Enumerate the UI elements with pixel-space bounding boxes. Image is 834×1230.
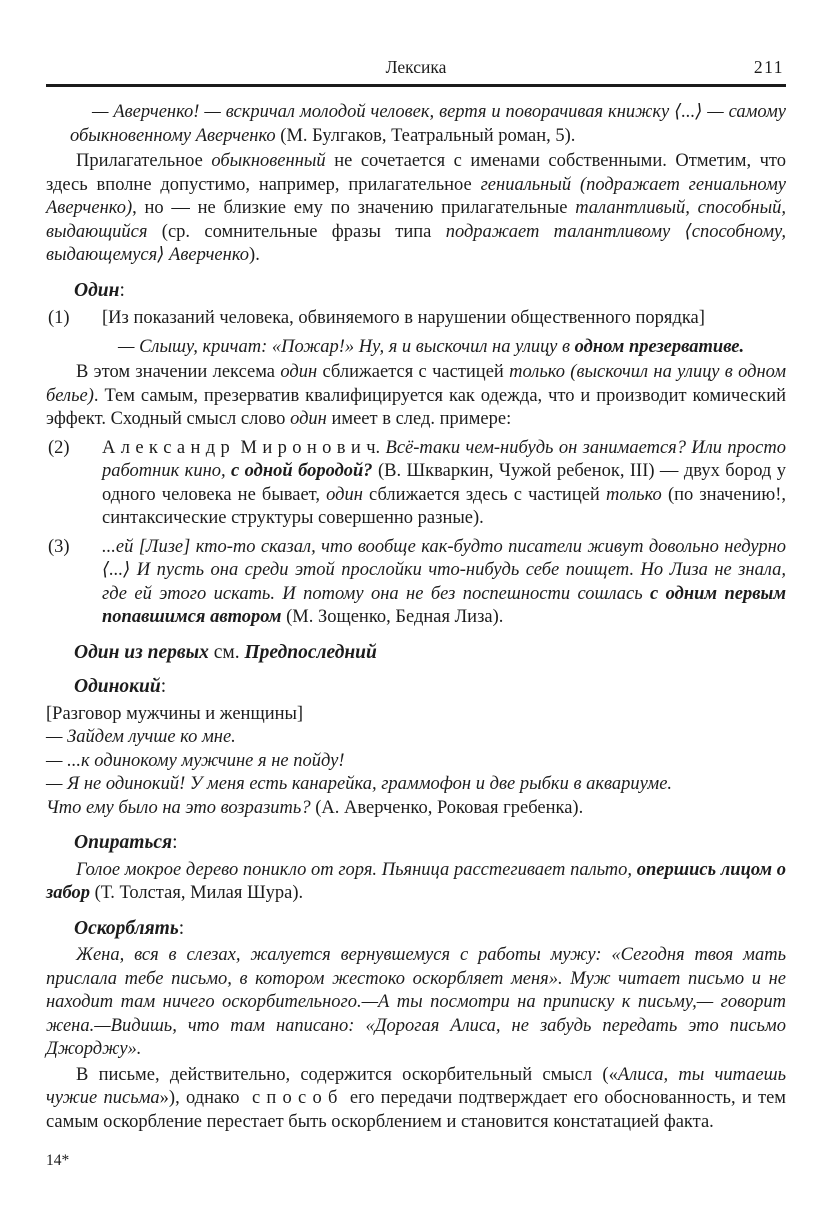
paragraph-commentary-final: В письме, действительно, содержится оско… (46, 1064, 786, 1135)
numbered-example-1: (1)[Из показаний человека, обвиняемого в… (46, 307, 786, 331)
text-run: см. (209, 642, 245, 663)
paragraph-commentary-odin: В этом значении лексема один сближается … (46, 361, 786, 432)
numbered-example-3: (3)...ей [Лизе] кто-то сказал, что вообщ… (46, 536, 786, 630)
example-number: (3) (48, 536, 70, 560)
footer-signature-mark: 14* (46, 1149, 786, 1173)
text-run: один (280, 362, 322, 382)
text-run: одном презервативе. (575, 337, 744, 357)
text-run: Один из первых (74, 642, 209, 663)
text-run: один (326, 485, 369, 505)
example-quote-joke: Жена, вся в слезах, жалуется вернувшемус… (46, 944, 786, 1062)
text-run: Голое мокрое дерево поникло от горя. Пья… (76, 860, 637, 880)
entry-heading-opiratsya: Опираться: (74, 831, 786, 855)
text-run: (ср. сомнительные фразы типа (162, 222, 446, 242)
text-run: Один (74, 280, 119, 301)
text-run: Жена, вся в слезах, жалуется вернувшемус… (46, 945, 786, 1059)
text-run: : (172, 832, 177, 853)
text-run: обыкновенный (211, 151, 334, 171)
dialog-line-1: — Зайдем лучше ко мне. (46, 726, 786, 750)
text-run: — Зайдем лучше ко мне. (46, 727, 236, 747)
entry-heading-oskorblyat: Оскорблять: (74, 917, 786, 941)
text-run: [Из показаний человека, обвиняемого в на… (102, 308, 705, 328)
example-quote-bulgakov: — Аверченко! — вскричал молодой человек,… (70, 101, 786, 148)
text-run: Что ему было на это возразить? (46, 798, 315, 818)
paragraph-commentary-obyknovennyi: Прилагательное обыкновенный не сочетаетс… (46, 150, 786, 268)
text-run: — Я не одинокий! У меня есть канарейка, … (46, 774, 672, 794)
text-run: только (606, 485, 668, 505)
example-number: (2) (48, 437, 70, 461)
text-run: имеет в след. примере: (331, 409, 511, 429)
running-head: Лексика 211 (46, 56, 786, 80)
text-run: — Слышу, кричат: «Пожар!» Ну, я и выскоч… (118, 337, 575, 357)
text-run: : (161, 676, 166, 697)
text-run: В этом значении лексема (76, 362, 280, 382)
dialog-line-4: Что ему было на это возразить? (А. Аверч… (46, 797, 786, 821)
header-rule (46, 84, 786, 87)
page-number: 211 (754, 56, 784, 80)
text-run: : (179, 918, 184, 939)
text-run: А л е к с а н д р М и р о н о в и ч. (102, 438, 386, 458)
text-run: ). (249, 245, 260, 265)
text-run: , но — не близкие ему по значению прилаг… (132, 198, 575, 218)
example-quote-tolstaya: Голое мокрое дерево поникло от горя. Пья… (46, 859, 786, 906)
dialog-context: [Разговор мужчины и женщины] (46, 703, 786, 727)
text-run: Прилагательное (76, 151, 211, 171)
text-run: с одной бородой? (231, 461, 373, 481)
text-run: Оскорблять (74, 918, 179, 939)
numbered-example-2: (2)А л е к с а н д р М и р о н о в и ч. … (46, 437, 786, 531)
text-run: Предпоследний (245, 642, 377, 663)
example-quote-1: — Слышу, кричат: «Пожар!» Ну, я и выскоч… (118, 336, 786, 360)
content: — Аверченко! — вскричал молодой человек,… (46, 101, 786, 1134)
text-run: Опираться (74, 832, 172, 853)
text-run: : (119, 280, 124, 301)
text-run: один (290, 409, 331, 429)
text-run: (А. Аверченко, Роковая гребенка). (315, 798, 583, 818)
running-title: Лексика (46, 56, 786, 80)
text-run: сближается здесь с частицей (369, 485, 606, 505)
dialog-line-2: — ...к одинокому мужчине я не пойду! (46, 750, 786, 774)
text-run: (М. Зощенко, Бедная Лиза). (286, 607, 503, 627)
book-page: Лексика 211 — Аверченко! — вскричал моло… (0, 0, 834, 1230)
example-number: (1) (48, 307, 70, 331)
dialog-line-3: — Я не одинокий! У меня есть канарейка, … (46, 773, 786, 797)
text-run: Одинокий (74, 676, 161, 697)
text-run: сближается с частицей (322, 362, 509, 382)
entry-heading-odin-iz-pervykh: Один из первых см. Предпоследний (74, 641, 786, 665)
text-run: [Разговор мужчины и женщины] (46, 704, 303, 724)
text-run: (М. Булгаков, Театральный роман, 5). (280, 126, 575, 146)
text-run: В письме, действительно, содержится оско… (76, 1065, 618, 1085)
entry-heading-odin: Один: (74, 279, 786, 303)
entry-heading-odinokiy: Одинокий: (74, 675, 786, 699)
text-run: — ...к одинокому мужчине я не пойду! (46, 751, 345, 771)
text-run: (Т. Толстая, Милая Шура). (95, 883, 304, 903)
